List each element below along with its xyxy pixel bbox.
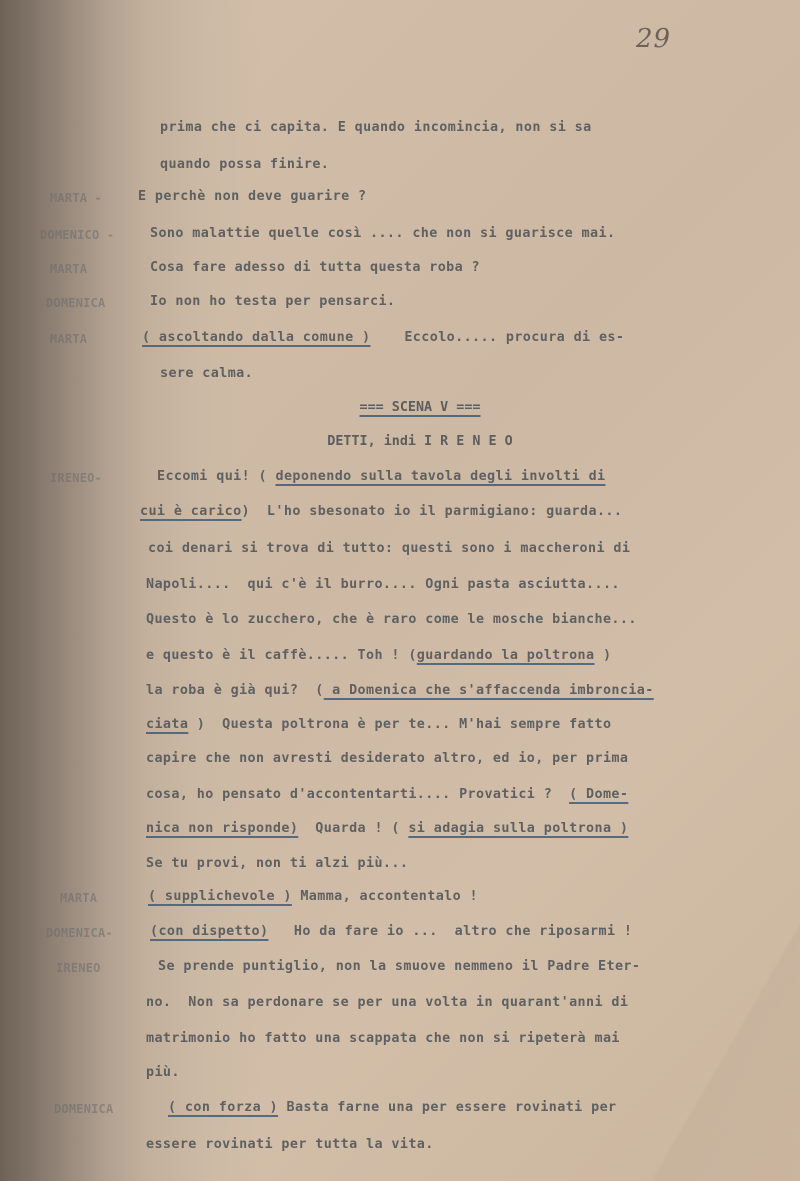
paper-fold-shadow: [640, 881, 800, 1181]
text-line: Questo è lo zucchero, che è raro come le…: [146, 612, 637, 627]
text-line: prima che ci capita. E quando incomincia…: [160, 120, 592, 135]
text-line: coi denari si trova di tutto: questi son…: [148, 541, 630, 556]
text-line: la roba è già qui? ( a Domenica che s'af…: [146, 683, 654, 698]
speaker-label: DOMENICO -: [40, 228, 114, 242]
text-line: Sono malattie quelle così .... che non s…: [150, 226, 615, 241]
speaker-label: IRENEO-: [50, 471, 102, 485]
text-line: più.: [146, 1065, 180, 1080]
stage-direction: a Domenica che s'affaccenda imbroncia-: [324, 683, 654, 698]
text-line: ciata ) Questa poltrona è per te... M'ha…: [146, 717, 611, 732]
speaker-label: MARTA: [50, 262, 87, 276]
text-line: e questo è il caffè..... Toh ! (guardand…: [146, 648, 611, 663]
text-line: Se prende puntiglio, non la smuove nemme…: [158, 959, 640, 974]
text-line: cui è carico) L'ho sbesonato io il parmi…: [140, 504, 622, 519]
text-line: ( con forza ) Basta farne una per essere…: [168, 1100, 617, 1115]
stage-direction: si adagia sulla poltrona ): [408, 821, 628, 836]
page-number: 29: [636, 24, 671, 54]
speaker-label: DOMENICA-: [46, 926, 113, 940]
text-line: capire che non avresti desiderato altro,…: [146, 751, 628, 766]
stage-direction: nica non risponde): [146, 821, 298, 836]
stage-direction: ( supplichevole ): [148, 889, 292, 904]
stage-direction: guardando la poltrona: [417, 648, 595, 663]
speaker-label: IRENEO: [56, 961, 101, 975]
text-line: matrimonio ho fatto una scappata che non…: [146, 1031, 620, 1046]
speaker-label: DOMENICA: [54, 1102, 113, 1116]
stage-direction: cui è carico: [140, 504, 242, 519]
stage-direction: (con dispetto): [150, 924, 268, 939]
scene-heading: === SCENA V ===: [0, 400, 800, 415]
text-line: no. Non sa perdonare se per una volta in…: [146, 995, 628, 1010]
text-line: Napoli.... qui c'è il burro.... Ogni pas…: [146, 577, 620, 592]
stage-direction: ( con forza ): [168, 1100, 278, 1115]
text-line: cosa, ho pensato d'accontentarti.... Pro…: [146, 787, 628, 802]
text-line: Eccomi qui! ( deponendo sulla tavola deg…: [157, 469, 606, 484]
text-line: quando possa finire.: [160, 157, 329, 172]
text-line: ( ascoltando dalla comune ) Eccolo..... …: [142, 330, 624, 345]
stage-direction: deponendo sulla tavola degli involti di: [275, 469, 605, 484]
text-line: ( supplichevole ) Mamma, accontentalo !: [148, 889, 478, 904]
text-line: essere rovinati per tutta la vita.: [146, 1137, 434, 1152]
speaker-label: DOMENICA: [46, 296, 105, 310]
text-line: sere calma.: [160, 366, 253, 381]
speaker-label: MARTA: [50, 332, 87, 346]
stage-direction: ( Dome-: [569, 787, 628, 802]
text-line: Cosa fare adesso di tutta questa roba ?: [150, 260, 480, 275]
text-line: nica non risponde) Quarda ! ( si adagia …: [146, 821, 628, 836]
text-line: (con dispetto) Ho da fare io ... altro c…: [150, 924, 632, 939]
text-line: Se tu provi, non ti alzi più...: [146, 856, 408, 871]
scene-characters: DETTI, indi I R E N E O: [0, 434, 800, 449]
stage-direction: ( ascoltando dalla comune ): [142, 330, 370, 345]
speaker-label: MARTA -: [50, 191, 102, 205]
text-line: E perchè non deve guarire ?: [138, 189, 366, 204]
text-line: Io non ho testa per pensarci.: [150, 294, 395, 309]
stage-direction: ciata: [146, 717, 188, 732]
speaker-label: MARTA: [60, 891, 97, 905]
